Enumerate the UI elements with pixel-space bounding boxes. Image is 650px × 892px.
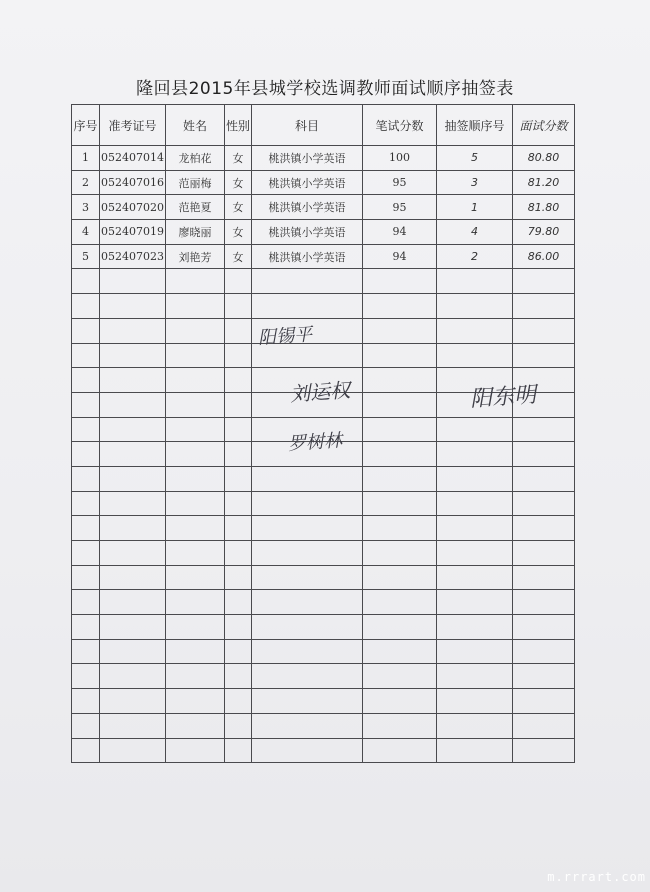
cell-exam-id <box>100 368 166 393</box>
cell-written-score: 94 <box>363 244 437 269</box>
cell-interview-score <box>513 466 575 491</box>
cell-gender <box>225 615 252 640</box>
cell-name <box>166 491 225 516</box>
cell-exam-id <box>100 491 166 516</box>
cell-name <box>166 590 225 615</box>
cell-draw-order: 2 <box>437 244 513 269</box>
cell-written-score <box>363 565 437 590</box>
header-written-score: 笔试分数 <box>363 105 437 146</box>
cell-name <box>166 417 225 442</box>
cell-written-score <box>363 466 437 491</box>
cell-seq <box>72 417 100 442</box>
cell-interview-score: 81.20 <box>513 170 575 195</box>
cell-subject <box>252 664 363 689</box>
cell-gender: 女 <box>225 220 252 245</box>
table-row-empty <box>72 639 575 664</box>
header-subject: 科目 <box>252 105 363 146</box>
cell-exam-id <box>100 417 166 442</box>
cell-written-score <box>363 689 437 714</box>
cell-interview-score <box>513 590 575 615</box>
cell-interview-score <box>513 442 575 467</box>
header-name: 姓名 <box>166 105 225 146</box>
header-exam-id: 准考证号 <box>100 105 166 146</box>
table-row-empty <box>72 615 575 640</box>
cell-seq: 3 <box>72 195 100 220</box>
cell-written-score <box>363 318 437 343</box>
cell-exam-id <box>100 343 166 368</box>
cell-gender <box>225 466 252 491</box>
cell-name <box>166 713 225 738</box>
cell-interview-score <box>513 417 575 442</box>
cell-written-score <box>363 417 437 442</box>
cell-name: 范丽梅 <box>166 170 225 195</box>
cell-written-score: 95 <box>363 170 437 195</box>
cell-gender <box>225 417 252 442</box>
cell-draw-order <box>437 516 513 541</box>
cell-gender <box>225 269 252 294</box>
cell-seq <box>72 368 100 393</box>
cell-seq <box>72 318 100 343</box>
cell-interview-score <box>513 738 575 763</box>
table-row-empty <box>72 516 575 541</box>
cell-interview-score <box>513 664 575 689</box>
header-seq: 序号 <box>72 105 100 146</box>
cell-gender: 女 <box>225 170 252 195</box>
cell-seq <box>72 491 100 516</box>
cell-interview-score <box>513 269 575 294</box>
table-row-empty <box>72 269 575 294</box>
cell-written-score <box>363 343 437 368</box>
cell-draw-order <box>437 294 513 319</box>
cell-draw-order: 3 <box>437 170 513 195</box>
cell-interview-score: 80.80 <box>513 146 575 171</box>
table-row-empty <box>72 294 575 319</box>
cell-subject <box>252 639 363 664</box>
cell-exam-id: 052407019 <box>100 220 166 245</box>
cell-interview-score <box>513 541 575 566</box>
cell-written-score: 100 <box>363 146 437 171</box>
document-title: 隆回县2015年县城学校选调教师面试顺序抽签表 <box>0 74 650 99</box>
cell-name <box>166 615 225 640</box>
cell-seq <box>72 664 100 689</box>
signature-3: 罗树林 <box>287 426 343 456</box>
cell-name <box>166 565 225 590</box>
cell-subject <box>252 269 363 294</box>
cell-name <box>166 269 225 294</box>
cell-seq <box>72 639 100 664</box>
cell-name <box>166 516 225 541</box>
cell-subject: 桃洪镇小学英语 <box>252 195 363 220</box>
cell-seq: 5 <box>72 244 100 269</box>
header-interview-score: 面试分数 <box>513 105 575 146</box>
scanned-page: 隆回县2015年县城学校选调教师面试顺序抽签表 序号 准考证号 姓名 性别 科目… <box>0 0 650 892</box>
cell-subject: 桃洪镇小学英语 <box>252 146 363 171</box>
cell-exam-id <box>100 466 166 491</box>
cell-gender <box>225 343 252 368</box>
cell-name: 刘艳芳 <box>166 244 225 269</box>
cell-seq: 2 <box>72 170 100 195</box>
cell-draw-order <box>437 417 513 442</box>
cell-written-score: 95 <box>363 195 437 220</box>
cell-written-score <box>363 269 437 294</box>
cell-interview-score <box>513 615 575 640</box>
cell-exam-id <box>100 541 166 566</box>
cell-seq <box>72 466 100 491</box>
cell-name <box>166 442 225 467</box>
cell-written-score: 94 <box>363 220 437 245</box>
cell-exam-id <box>100 294 166 319</box>
signature-1: 阳锡平 <box>257 320 313 350</box>
table-row: 1 052407014 龙柏花 女 桃洪镇小学英语 100 5 80.80 <box>72 146 575 171</box>
cell-exam-id <box>100 689 166 714</box>
cell-exam-id <box>100 738 166 763</box>
cell-interview-score <box>513 713 575 738</box>
cell-written-score <box>363 392 437 417</box>
cell-gender <box>225 541 252 566</box>
cell-draw-order <box>437 269 513 294</box>
cell-gender <box>225 392 252 417</box>
table-row-empty <box>72 541 575 566</box>
table-row: 5 052407023 刘艳芳 女 桃洪镇小学英语 94 2 86.00 <box>72 244 575 269</box>
cell-exam-id <box>100 615 166 640</box>
cell-gender <box>225 590 252 615</box>
signature-4: 阳东明 <box>469 378 537 414</box>
cell-written-score <box>363 442 437 467</box>
cell-gender <box>225 689 252 714</box>
cell-interview-score <box>513 491 575 516</box>
cell-name <box>166 639 225 664</box>
table-row-empty <box>72 466 575 491</box>
cell-name: 龙柏花 <box>166 146 225 171</box>
header-gender: 性别 <box>225 105 252 146</box>
cell-gender <box>225 664 252 689</box>
cell-interview-score <box>513 689 575 714</box>
cell-seq <box>72 516 100 541</box>
cell-gender <box>225 713 252 738</box>
cell-exam-id <box>100 565 166 590</box>
cell-seq <box>72 392 100 417</box>
cell-draw-order <box>437 615 513 640</box>
table-row-empty <box>72 491 575 516</box>
cell-written-score <box>363 590 437 615</box>
cell-exam-id: 052407014 <box>100 146 166 171</box>
cell-written-score <box>363 294 437 319</box>
cell-gender <box>225 368 252 393</box>
cell-subject <box>252 615 363 640</box>
table-row-empty <box>72 713 575 738</box>
cell-subject: 桃洪镇小学英语 <box>252 220 363 245</box>
cell-seq <box>72 738 100 763</box>
cell-interview-score <box>513 516 575 541</box>
cell-exam-id: 052407023 <box>100 244 166 269</box>
cell-name <box>166 664 225 689</box>
cell-exam-id <box>100 664 166 689</box>
cell-exam-id: 052407016 <box>100 170 166 195</box>
cell-interview-score <box>513 294 575 319</box>
cell-subject <box>252 466 363 491</box>
cell-written-score <box>363 713 437 738</box>
cell-seq <box>72 713 100 738</box>
cell-seq: 4 <box>72 220 100 245</box>
cell-interview-score: 86.00 <box>513 244 575 269</box>
cell-exam-id <box>100 516 166 541</box>
cell-interview-score <box>513 343 575 368</box>
cell-subject <box>252 294 363 319</box>
cell-gender <box>225 639 252 664</box>
cell-seq <box>72 442 100 467</box>
cell-interview-score <box>513 318 575 343</box>
table-row-empty <box>72 343 575 368</box>
cell-seq <box>72 565 100 590</box>
cell-gender <box>225 294 252 319</box>
cell-draw-order <box>437 738 513 763</box>
cell-seq <box>72 590 100 615</box>
cell-gender: 女 <box>225 244 252 269</box>
cell-seq <box>72 615 100 640</box>
table-row-empty <box>72 565 575 590</box>
cell-name <box>166 392 225 417</box>
cell-exam-id <box>100 590 166 615</box>
cell-draw-order: 1 <box>437 195 513 220</box>
cell-written-score <box>363 664 437 689</box>
watermark: m.rrrart.com <box>547 870 646 884</box>
cell-draw-order <box>437 343 513 368</box>
table-row-empty <box>72 590 575 615</box>
cell-seq <box>72 269 100 294</box>
cell-name <box>166 368 225 393</box>
table-row-empty <box>72 318 575 343</box>
cell-name <box>166 689 225 714</box>
cell-written-score <box>363 738 437 763</box>
cell-written-score <box>363 516 437 541</box>
cell-gender <box>225 491 252 516</box>
cell-draw-order <box>437 541 513 566</box>
cell-written-score <box>363 541 437 566</box>
cell-name <box>166 738 225 763</box>
cell-gender <box>225 442 252 467</box>
cell-name: 廖晓丽 <box>166 220 225 245</box>
cell-draw-order <box>437 491 513 516</box>
cell-interview-score <box>513 565 575 590</box>
table-row: 3 052407020 范艳夏 女 桃洪镇小学英语 95 1 81.80 <box>72 195 575 220</box>
cell-name: 范艳夏 <box>166 195 225 220</box>
cell-exam-id <box>100 269 166 294</box>
cell-draw-order: 4 <box>437 220 513 245</box>
table-header-row: 序号 准考证号 姓名 性别 科目 笔试分数 抽签顺序号 面试分数 <box>72 105 575 146</box>
cell-draw-order <box>437 664 513 689</box>
cell-draw-order <box>437 713 513 738</box>
cell-gender: 女 <box>225 146 252 171</box>
cell-subject: 桃洪镇小学英语 <box>252 244 363 269</box>
cell-draw-order <box>437 565 513 590</box>
cell-subject <box>252 590 363 615</box>
cell-seq <box>72 294 100 319</box>
table-row-empty <box>72 689 575 714</box>
cell-written-score <box>363 639 437 664</box>
cell-name <box>166 318 225 343</box>
table-row: 4 052407019 廖晓丽 女 桃洪镇小学英语 94 4 79.80 <box>72 220 575 245</box>
cell-draw-order <box>437 639 513 664</box>
cell-written-score <box>363 368 437 393</box>
cell-exam-id <box>100 392 166 417</box>
cell-draw-order: 5 <box>437 146 513 171</box>
cell-name <box>166 541 225 566</box>
cell-draw-order <box>437 590 513 615</box>
cell-seq <box>72 343 100 368</box>
cell-subject: 桃洪镇小学英语 <box>252 170 363 195</box>
cell-exam-id <box>100 713 166 738</box>
cell-subject <box>252 713 363 738</box>
signature-2: 刘运权 <box>289 374 351 407</box>
cell-written-score <box>363 491 437 516</box>
cell-draw-order <box>437 442 513 467</box>
cell-exam-id <box>100 442 166 467</box>
cell-name <box>166 466 225 491</box>
cell-interview-score: 79.80 <box>513 220 575 245</box>
cell-gender <box>225 565 252 590</box>
cell-name <box>166 343 225 368</box>
cell-seq <box>72 689 100 714</box>
table-row: 2 052407016 范丽梅 女 桃洪镇小学英语 95 3 81.20 <box>72 170 575 195</box>
cell-seq: 1 <box>72 146 100 171</box>
cell-exam-id: 052407020 <box>100 195 166 220</box>
cell-seq <box>72 541 100 566</box>
cell-gender: 女 <box>225 195 252 220</box>
cell-gender <box>225 738 252 763</box>
table-row-empty <box>72 664 575 689</box>
cell-exam-id <box>100 318 166 343</box>
header-draw-order: 抽签顺序号 <box>437 105 513 146</box>
cell-subject <box>252 541 363 566</box>
cell-draw-order <box>437 318 513 343</box>
cell-subject <box>252 565 363 590</box>
cell-interview-score <box>513 639 575 664</box>
cell-subject <box>252 516 363 541</box>
cell-written-score <box>363 615 437 640</box>
cell-gender <box>225 516 252 541</box>
cell-name <box>166 294 225 319</box>
table-row-empty <box>72 738 575 763</box>
cell-interview-score: 81.80 <box>513 195 575 220</box>
cell-subject <box>252 491 363 516</box>
cell-draw-order <box>437 689 513 714</box>
cell-subject <box>252 738 363 763</box>
cell-gender <box>225 318 252 343</box>
cell-draw-order <box>437 466 513 491</box>
cell-subject <box>252 689 363 714</box>
cell-exam-id <box>100 639 166 664</box>
